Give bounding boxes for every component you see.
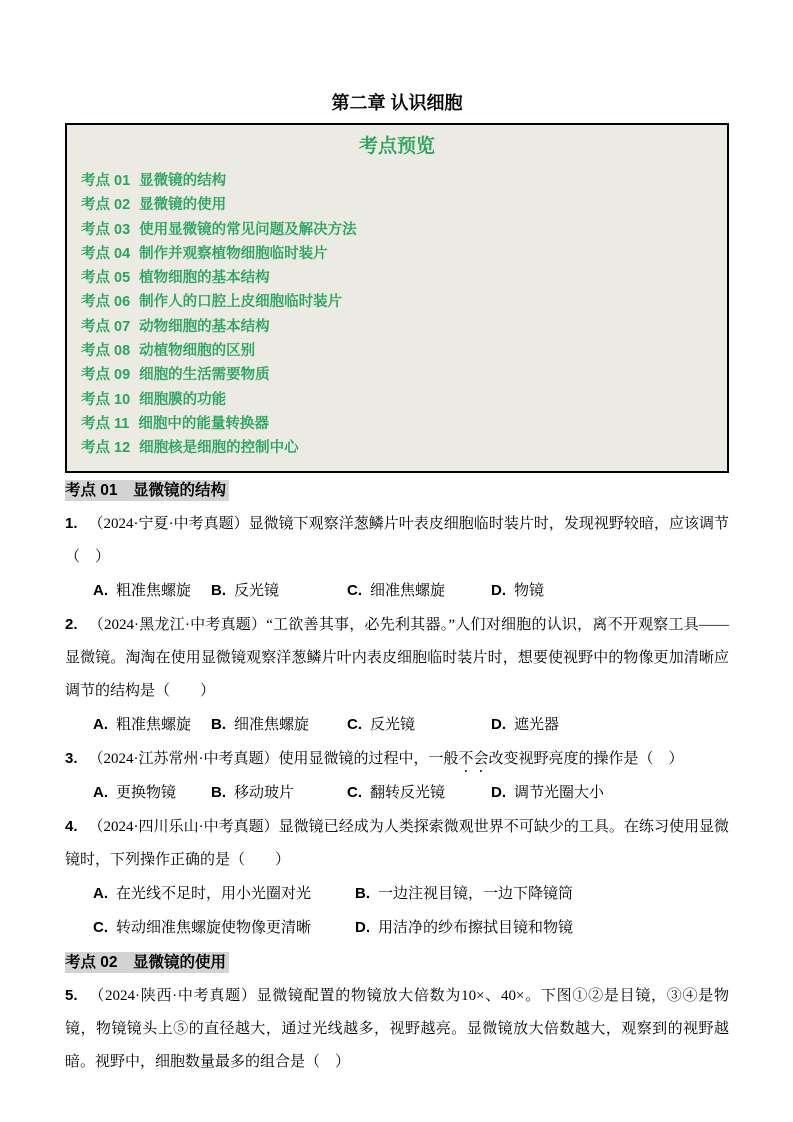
preview-item-05: 考点 05植物细胞的基本结构 xyxy=(81,266,713,290)
option-text: 遮光器 xyxy=(514,717,559,733)
option-a: A.在光线不足时，用小光圈对光 xyxy=(93,877,355,911)
option-text: 反光镜 xyxy=(234,583,279,599)
question-number: 3. xyxy=(65,750,78,767)
section-header-kaodian-01: 考点 01 显微镜的结构 xyxy=(65,479,729,503)
preview-item-label: 考点 05 xyxy=(81,270,130,286)
preview-item-text: 制作人的口腔上皮细胞临时装片 xyxy=(139,294,342,310)
preview-item-label: 考点 06 xyxy=(81,294,130,310)
option-label: B. xyxy=(211,784,226,801)
option-text: 在光线不足时，用小光圈对光 xyxy=(116,886,311,902)
question-3-options: A.更换物镜 B.移动玻片 C.翻转反光镜 D.调节光圈大小 xyxy=(93,776,729,810)
preview-item-label: 考点 09 xyxy=(81,367,130,383)
preview-item-text: 细胞核是细胞的控制中心 xyxy=(139,440,299,456)
question-text: （2024·黑龙江·中考真题）“工欲善其事，必先利其器。”人们对细胞的认识，离不… xyxy=(65,617,729,699)
option-c: C.转动细准焦螺旋使物像更清晰 xyxy=(93,911,355,945)
preview-item-text: 显微镜的结构 xyxy=(139,173,226,189)
option-c: C.细准焦螺旋 xyxy=(347,574,491,608)
preview-item-04: 考点 04制作并观察植物细胞临时装片 xyxy=(81,242,713,266)
document-page: 第二章 认识细胞 考点预览 考点 01显微镜的结构 考点 02显微镜的使用 考点… xyxy=(0,0,793,1122)
preview-item-label: 考点 02 xyxy=(81,197,130,213)
preview-item-03: 考点 03使用显微镜的常见问题及解决方法 xyxy=(81,218,713,242)
preview-item-text: 制作并观察植物细胞临时装片 xyxy=(139,246,328,262)
option-d: D.物镜 xyxy=(491,574,729,608)
preview-item-07: 考点 07动物细胞的基本结构 xyxy=(81,315,713,339)
option-b: B.移动玻片 xyxy=(211,776,347,810)
option-text: 更换物镜 xyxy=(116,785,176,801)
preview-item-text: 细胞膜的功能 xyxy=(139,392,226,408)
preview-item-06: 考点 06制作人的口腔上皮细胞临时装片 xyxy=(81,290,713,314)
option-text: 转动细准焦螺旋使物像更清晰 xyxy=(116,920,311,936)
question-3-stem: 3.（2024·江苏常州·中考真题）使用显微镜的过程中，一般不会改变视野亮度的操… xyxy=(65,742,729,776)
question-text: （2024·四川乐山·中考真题）显微镜已经成为人类探索微观世界不可缺少的工具。在… xyxy=(65,819,729,868)
option-label: D. xyxy=(491,582,506,599)
option-text: 翻转反光镜 xyxy=(370,785,445,801)
option-text: 粗准焦螺旋 xyxy=(116,583,191,599)
option-label: C. xyxy=(347,716,362,733)
question-number: 4. xyxy=(65,818,78,835)
option-label: A. xyxy=(93,582,108,599)
option-a: A.更换物镜 xyxy=(93,776,211,810)
question-number: 1. xyxy=(65,515,78,532)
option-b: B.一边注视目镜，一边下降镜筒 xyxy=(355,877,729,911)
option-label: D. xyxy=(355,919,370,936)
question-text: （2024·陕西·中考真题）显微镜配置的物镜放大倍数为10×、40×。下图①②是… xyxy=(65,988,729,1070)
preview-item-text: 显微镜的使用 xyxy=(139,197,226,213)
option-text: 用洁净的纱布擦拭目镜和物镜 xyxy=(378,920,573,936)
preview-item-label: 考点 03 xyxy=(81,222,130,238)
option-text: 一边注视目镜，一边下降镜筒 xyxy=(378,886,573,902)
question-text: （2024·宁夏·中考真题）显微镜下观察洋葱鳞片叶表皮细胞临时装片时，发现视野较… xyxy=(65,516,729,565)
question-number: 5. xyxy=(65,987,78,1004)
page-title: 第二章 认识细胞 xyxy=(65,90,729,116)
question-2-stem: 2.（2024·黑龙江·中考真题）“工欲善其事，必先利其器。”人们对细胞的认识，… xyxy=(65,608,729,708)
preview-item-02: 考点 02显微镜的使用 xyxy=(81,193,713,217)
option-c: C.反光镜 xyxy=(347,708,491,742)
option-b: B.细准焦螺旋 xyxy=(211,708,347,742)
option-text: 移动玻片 xyxy=(234,785,294,801)
preview-item-08: 考点 08动植物细胞的区别 xyxy=(81,339,713,363)
section-header-text: 考点 02 显微镜的使用 xyxy=(65,952,229,973)
preview-item-text: 细胞的生活需要物质 xyxy=(139,367,270,383)
preview-item-label: 考点 10 xyxy=(81,392,130,408)
option-b: B.反光镜 xyxy=(211,574,347,608)
preview-item-text: 植物细胞的基本结构 xyxy=(139,270,270,286)
option-label: A. xyxy=(93,716,108,733)
question-5-stem: 5.（2024·陕西·中考真题）显微镜配置的物镜放大倍数为10×、40×。下图①… xyxy=(65,979,729,1079)
option-label: B. xyxy=(355,885,370,902)
preview-item-10: 考点 10细胞膜的功能 xyxy=(81,388,713,412)
option-c: C.翻转反光镜 xyxy=(347,776,491,810)
option-a: A.粗准焦螺旋 xyxy=(93,574,211,608)
section-header-text: 考点 01 显微镜的结构 xyxy=(65,480,229,501)
question-2-options: A.粗准焦螺旋 B.细准焦螺旋 C.反光镜 D.遮光器 xyxy=(93,708,729,742)
question-text-post: 改变视野亮度的操作是（ ） xyxy=(489,751,684,767)
option-d: D.用洁净的纱布擦拭目镜和物镜 xyxy=(355,911,729,945)
option-a: A.粗准焦螺旋 xyxy=(93,708,211,742)
preview-item-label: 考点 08 xyxy=(81,343,130,359)
option-label: A. xyxy=(93,885,108,902)
preview-item-label: 考点 04 xyxy=(81,246,130,262)
option-label: B. xyxy=(211,582,226,599)
option-text: 调节光圈大小 xyxy=(514,785,604,801)
option-d: D.遮光器 xyxy=(491,708,729,742)
section-header-kaodian-02: 考点 02 显微镜的使用 xyxy=(65,951,729,975)
question-4-stem: 4.（2024·四川乐山·中考真题）显微镜已经成为人类探索微观世界不可缺少的工具… xyxy=(65,810,729,877)
option-text: 细准焦螺旋 xyxy=(234,717,309,733)
option-text: 细准焦螺旋 xyxy=(370,583,445,599)
preview-item-text: 动植物细胞的区别 xyxy=(139,343,255,359)
preview-item-text: 使用显微镜的常见问题及解决方法 xyxy=(139,222,357,238)
option-d: D.调节光圈大小 xyxy=(491,776,729,810)
exam-points-preview-box: 考点预览 考点 01显微镜的结构 考点 02显微镜的使用 考点 03使用显微镜的… xyxy=(65,123,729,473)
option-label: B. xyxy=(211,716,226,733)
preview-item-09: 考点 09细胞的生活需要物质 xyxy=(81,363,713,387)
option-text: 物镜 xyxy=(514,583,544,599)
question-number: 2. xyxy=(65,616,78,633)
preview-item-label: 考点 11 xyxy=(81,416,129,432)
option-label: C. xyxy=(347,582,362,599)
preview-item-12: 考点 12细胞核是细胞的控制中心 xyxy=(81,436,713,460)
preview-item-11: 考点 11细胞中的能量转换器 xyxy=(81,412,713,436)
preview-item-text: 动物细胞的基本结构 xyxy=(139,319,270,335)
question-1-stem: 1.（2024·宁夏·中考真题）显微镜下观察洋葱鳞片叶表皮细胞临时装片时，发现视… xyxy=(65,507,729,574)
option-label: C. xyxy=(347,784,362,801)
option-label: D. xyxy=(491,784,506,801)
option-text: 粗准焦螺旋 xyxy=(116,717,191,733)
option-text: 反光镜 xyxy=(370,717,415,733)
option-label: D. xyxy=(491,716,506,733)
question-1-options: A.粗准焦螺旋 B.反光镜 C.细准焦螺旋 D.物镜 xyxy=(93,574,729,608)
preview-heading: 考点预览 xyxy=(81,131,713,163)
option-label: C. xyxy=(93,919,108,936)
preview-item-label: 考点 12 xyxy=(81,440,130,456)
question-text-emphasized: 不会 xyxy=(459,751,489,767)
preview-item-label: 考点 01 xyxy=(81,173,130,189)
preview-item-01: 考点 01显微镜的结构 xyxy=(81,169,713,193)
option-label: A. xyxy=(93,784,108,801)
question-text-pre: （2024·江苏常州·中考真题）使用显微镜的过程中，一般 xyxy=(89,751,459,767)
preview-item-label: 考点 07 xyxy=(81,319,130,335)
question-4-options: A.在光线不足时，用小光圈对光 B.一边注视目镜，一边下降镜筒 C.转动细准焦螺… xyxy=(93,877,729,945)
preview-item-text: 细胞中的能量转换器 xyxy=(138,416,269,432)
